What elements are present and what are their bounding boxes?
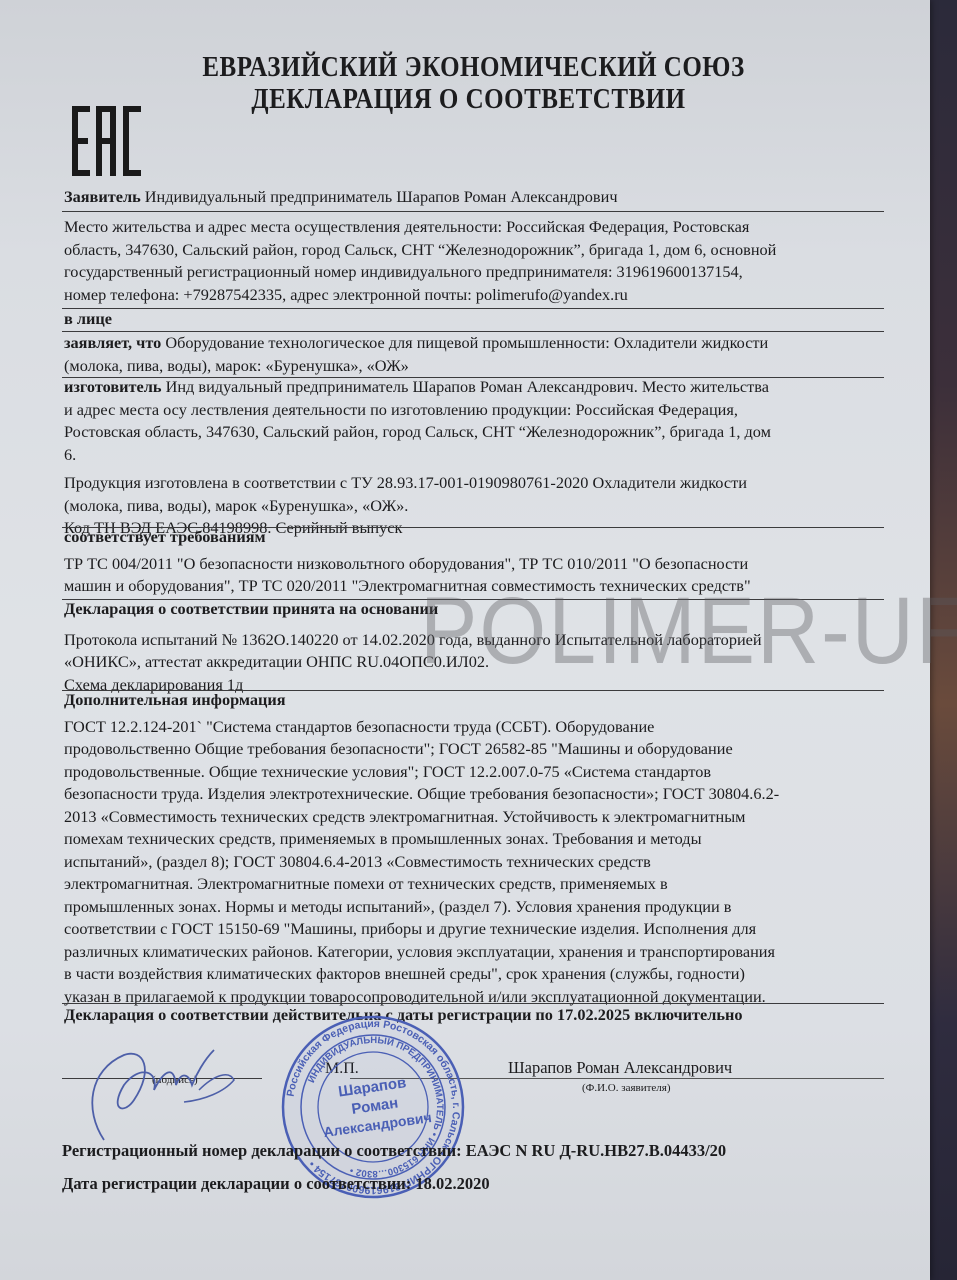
requirements-label: соответствует требованиям	[64, 526, 884, 549]
represented-by-label: в лице	[64, 308, 884, 331]
registration-date-value: 18.02.2020	[415, 1174, 489, 1193]
manufacturer-block: изготовитель Инд видуальный предпринимат…	[64, 376, 884, 540]
additional-line: помехам технических средств, применяемых…	[64, 828, 884, 851]
basis-line: «ОНИКС», аттестат аккредитации ОНПС RU.0…	[64, 651, 884, 674]
additional-label: Дополнительная информация	[64, 689, 884, 712]
applicant-name: Шарапов Роман Александрович	[508, 1058, 732, 1078]
manufacturer-line: и адрес места осу лествления деятельност…	[64, 399, 884, 422]
applicant-row: Заявитель Индивидуальный предприниматель…	[64, 186, 884, 209]
additional-line: соответствии с ГОСТ 15150-69 "Машины, пр…	[64, 918, 884, 941]
basis-label: Декларация о соответствии принята на осн…	[64, 598, 884, 621]
additional-line: продовольственно Общие требования безопа…	[64, 738, 884, 761]
additional-line: промышленных зонах. Нормы и методы испыт…	[64, 896, 884, 919]
requirements-line: машин и оборудования", ТР ТС 020/2011 "Э…	[64, 575, 884, 598]
applicant-name-caption: (Ф.И.О. заявителя)	[582, 1082, 671, 1094]
additional-line: 2013 «Совместимость технических средств …	[64, 806, 884, 829]
registration-number-value: ЕАЭС N RU Д-RU.НВ27.В.04433/20	[466, 1141, 726, 1160]
applicant-address: Место жительства и адрес места осуществл…	[64, 216, 884, 306]
declaration-document: ЕВРАЗИЙСКИЙ ЭКОНОМИЧЕСКИЙ СОЮЗ ДЕКЛАРАЦИ…	[0, 0, 930, 1280]
applicant-value: Индивидуальный предприниматель Шарапов Р…	[145, 187, 618, 206]
signature-icon	[64, 1030, 264, 1150]
background-edge	[927, 0, 957, 1280]
registration-date-row: Дата регистрации декларации о соответств…	[62, 1173, 882, 1196]
address-line: государственный регистрационный номер ин…	[64, 261, 884, 284]
additional-line: продовольственные. Общие технические усл…	[64, 761, 884, 784]
product-line: (молока, пива, воды), марок «Буренушка»,…	[64, 495, 884, 518]
additional-line: в части воздействия климатических фактор…	[64, 963, 884, 986]
address-line: Место жительства и адрес места осуществл…	[64, 216, 884, 239]
additional-line: безопасности труда. Изделия электротехни…	[64, 783, 884, 806]
additional-line: электромагнитная. Электромагнитные помех…	[64, 873, 884, 896]
basis-block: Декларация о соответствии принята на осн…	[64, 598, 884, 696]
registration-number-row: Регистрационный номер декларации о соотв…	[62, 1140, 882, 1163]
registration-date-label: Дата регистрации декларации о соответств…	[62, 1174, 411, 1193]
validity-statement: Декларация о соответствии действительна …	[64, 1004, 884, 1027]
address-line: область, 347630, Сальский район, город С…	[64, 239, 884, 262]
basis-line: Протокола испытаний № 1362О.140220 от 14…	[64, 629, 884, 652]
manufacturer-line: 6.	[64, 444, 884, 467]
divider	[62, 211, 884, 212]
requirements-block: соответствует требованиям ТР ТС 004/2011…	[64, 526, 884, 598]
manufacturer-line: Инд видуальный предприниматель Шарапов Р…	[166, 377, 769, 396]
declares-line: Оборудование технологическое для пищевой…	[165, 333, 768, 352]
product-line: Продукция изготовлена в соответствии с Т…	[64, 472, 884, 495]
manufacturer-label: изготовитель	[64, 377, 162, 396]
additional-line: различных климатических районов. Категор…	[64, 941, 884, 964]
registration-number-label: Регистрационный номер декларации о соотв…	[62, 1141, 462, 1160]
additional-line: ГОСТ 12.2.124-201` "Система стандартов б…	[64, 716, 884, 739]
applicant-label: Заявитель	[64, 187, 141, 206]
requirements-line: ТР ТС 004/2011 "О безопасности низковоль…	[64, 553, 884, 576]
document-title: ДЕКЛАРАЦИЯ О СООТВЕТСТВИИ	[0, 84, 947, 115]
eac-logo-icon	[72, 106, 142, 176]
declares-line: (молока, пива, воды), марок: «Буренушка»…	[64, 355, 884, 378]
additional-line: испытаний», (раздел 8); ГОСТ 30804.6.4-2…	[64, 851, 884, 874]
address-line: номер телефона: +79287542335, адрес элек…	[64, 284, 884, 307]
union-title: ЕВРАЗИЙСКИЙ ЭКОНОМИЧЕСКИЙ СОЮЗ	[0, 52, 952, 83]
declares-block: заявляет, что Оборудование технологическ…	[64, 332, 884, 377]
additional-block: Дополнительная информация ГОСТ 12.2.124-…	[64, 689, 884, 1008]
declares-label: заявляет, что	[64, 333, 161, 352]
manufacturer-line: Ростовская область, 347630, Сальский рай…	[64, 421, 884, 444]
